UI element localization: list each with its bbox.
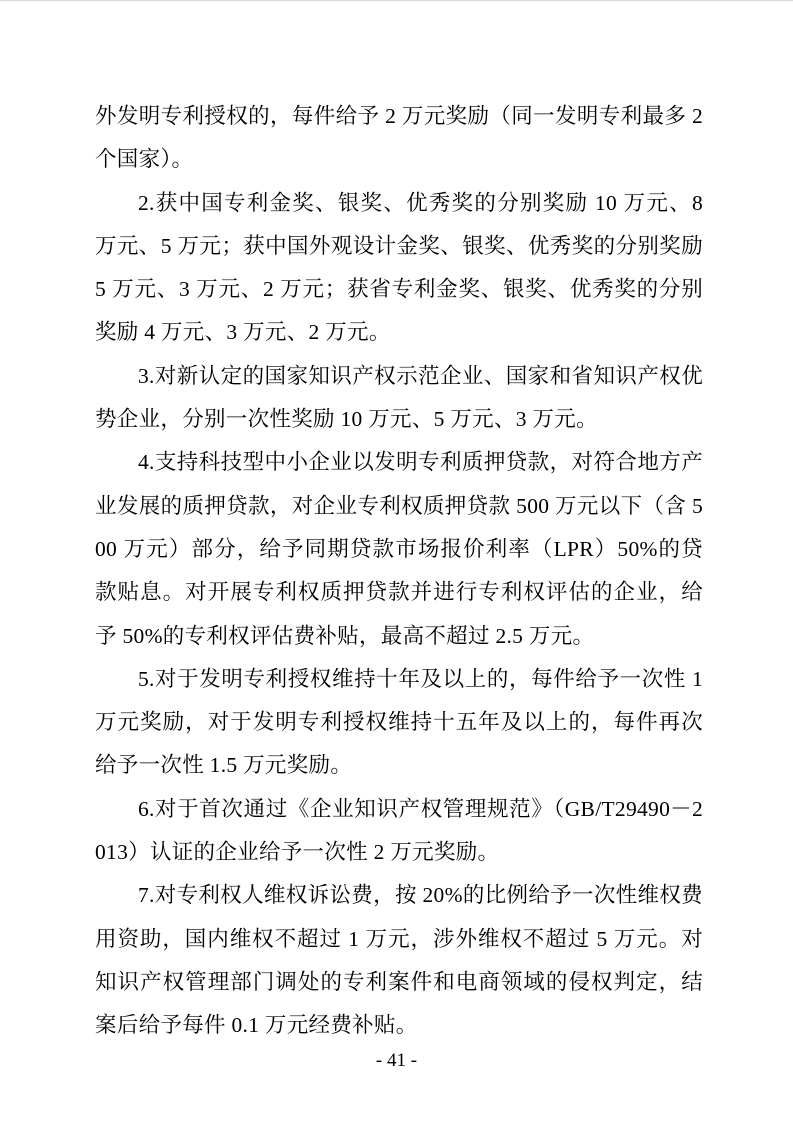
paragraph-item-3: 3.对新认定的国家知识产权示范企业、国家和省知识产权优势企业，分别一次性奖励 1… xyxy=(95,355,703,442)
document-page: 外发明专利授权的，每件给予 2 万元奖励（同一发明专利最多 2 个国家）。 2.… xyxy=(0,0,793,1122)
paragraph-item-2: 2.获中国专利金奖、银奖、优秀奖的分别奖励 10 万元、8 万元、5 万元；获中… xyxy=(95,182,703,355)
paragraph-continuation: 外发明专利授权的，每件给予 2 万元奖励（同一发明专利最多 2 个国家）。 xyxy=(95,95,703,182)
paragraph-item-4: 4.支持科技型中小企业以发明专利质押贷款，对符合地方产业发展的质押贷款，对企业专… xyxy=(95,441,703,657)
paragraph-item-7: 7.对专利权人维权诉讼费，按 20%的比例给予一次性维权费用资助，国内维权不超过… xyxy=(95,874,703,1047)
page-number: - 41 - xyxy=(0,1050,793,1072)
document-body: 外发明专利授权的，每件给予 2 万元奖励（同一发明专利最多 2 个国家）。 2.… xyxy=(95,95,703,1048)
paragraph-item-5: 5.对于发明专利授权维持十年及以上的，每件给予一次性 1 万元奖励，对于发明专利… xyxy=(95,658,703,788)
paragraph-item-6: 6.对于首次通过《企业知识产权管理规范》（GB/T29490－2013）认证的企… xyxy=(95,788,703,875)
